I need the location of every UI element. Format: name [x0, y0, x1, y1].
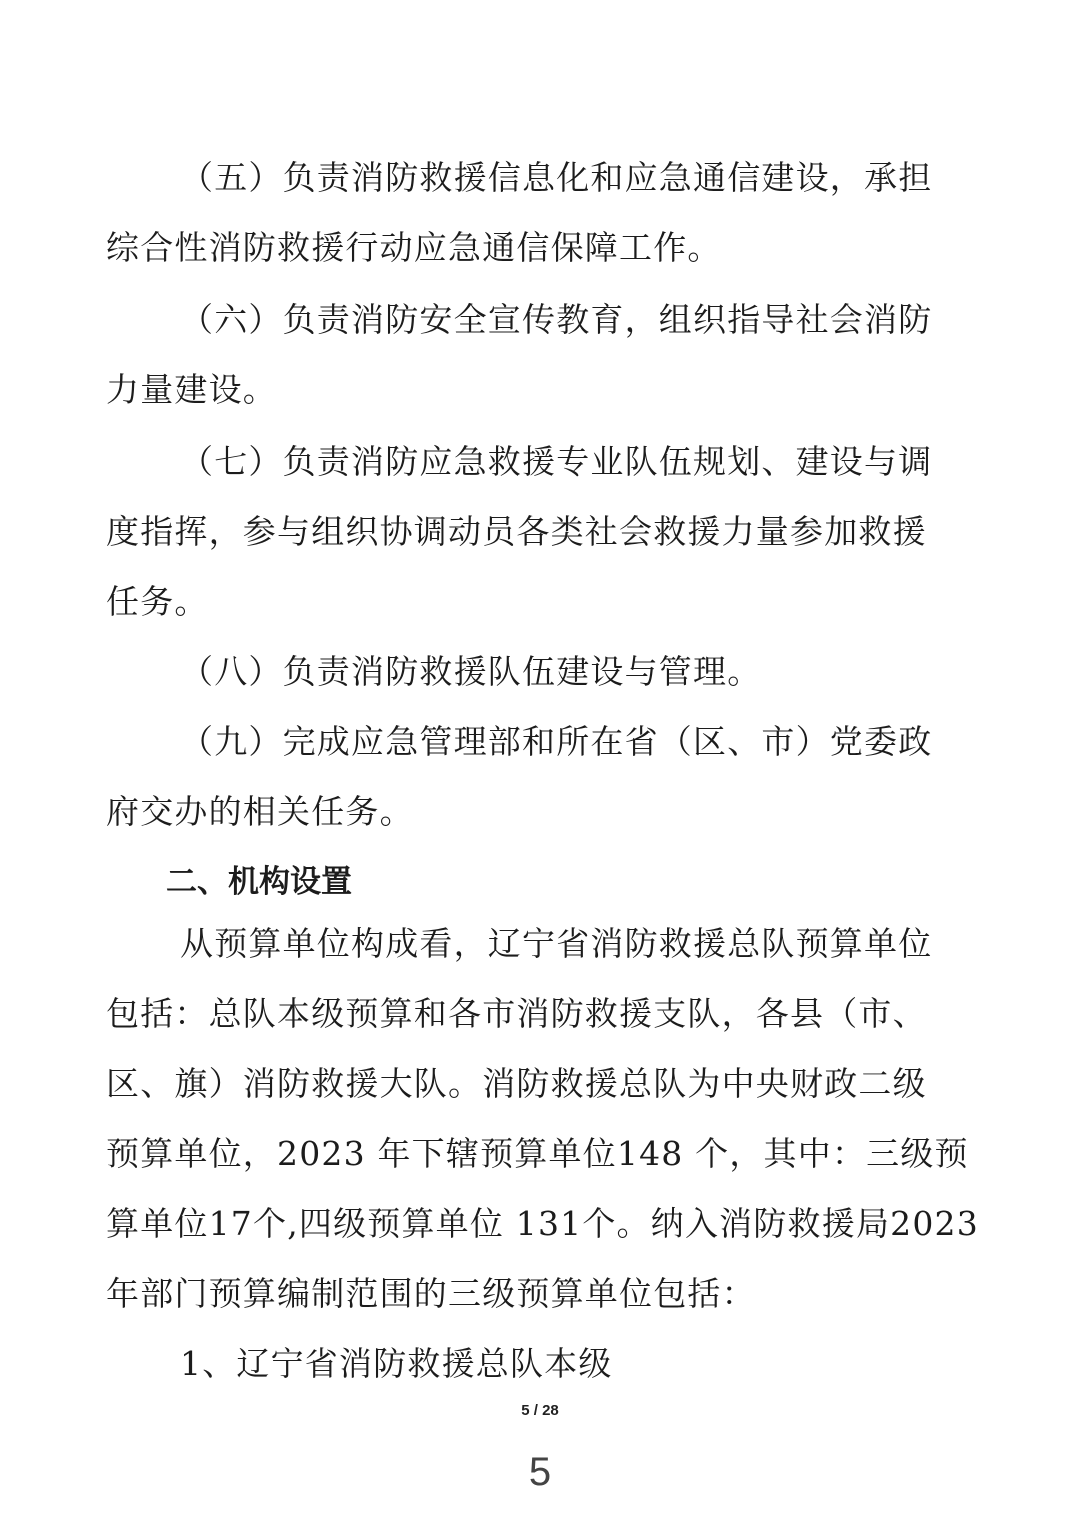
body-paragraph-line-2: 包括：总队本级预算和各市消防救援支队，各县（市、	[106, 992, 976, 1036]
paragraph-7-line-1: （七）负责消防应急救援专业队伍规划、建设与调	[180, 440, 1050, 484]
paragraph-6-line-2: 力量建设。	[106, 368, 976, 412]
document-page: （五）负责消防救援信息化和应急通信建设，承担 综合性消防救援行动应急通信保障工作…	[0, 0, 1080, 1526]
paragraph-9-line-1: （九）完成应急管理部和所在省（区、市）党委政	[180, 720, 1050, 764]
paragraph-5-line-2: 综合性消防救援行动应急通信保障工作。	[106, 226, 976, 270]
body-paragraph-line-6: 年部门预算编制范围的三级预算单位包括：	[106, 1272, 976, 1316]
paragraph-9-line-2: 府交办的相关任务。	[106, 790, 976, 834]
paragraph-7-line-3: 任务。	[106, 580, 976, 624]
paragraph-6-line-1: （六）负责消防安全宣传教育，组织指导社会消防	[180, 298, 1050, 342]
body-paragraph-line-4: 预算单位，2023 年下辖预算单位148 个，其中：三级预	[106, 1132, 976, 1176]
page-number: 5	[0, 1450, 1080, 1495]
page-indicator: 5 / 28	[0, 1402, 1080, 1419]
paragraph-8-line-1: （八）负责消防救援队伍建设与管理。	[180, 650, 1050, 694]
paragraph-5-line-1: （五）负责消防救援信息化和应急通信建设，承担	[180, 156, 1050, 200]
body-paragraph-line-1: 从预算单位构成看，辽宁省消防救援总队预算单位	[180, 922, 1050, 966]
list-item-1: 1、辽宁省消防救援总队本级	[180, 1342, 1050, 1386]
body-paragraph-line-3: 区、旗）消防救援大队。消防救援总队为中央财政二级	[106, 1062, 976, 1106]
section-heading: 二、机构设置	[166, 860, 1036, 904]
body-paragraph-line-5: 算单位17个,四级预算单位 131个。纳入消防救援局2023	[106, 1202, 976, 1246]
paragraph-7-line-2: 度指挥，参与组织协调动员各类社会救援力量参加救援	[106, 510, 976, 554]
